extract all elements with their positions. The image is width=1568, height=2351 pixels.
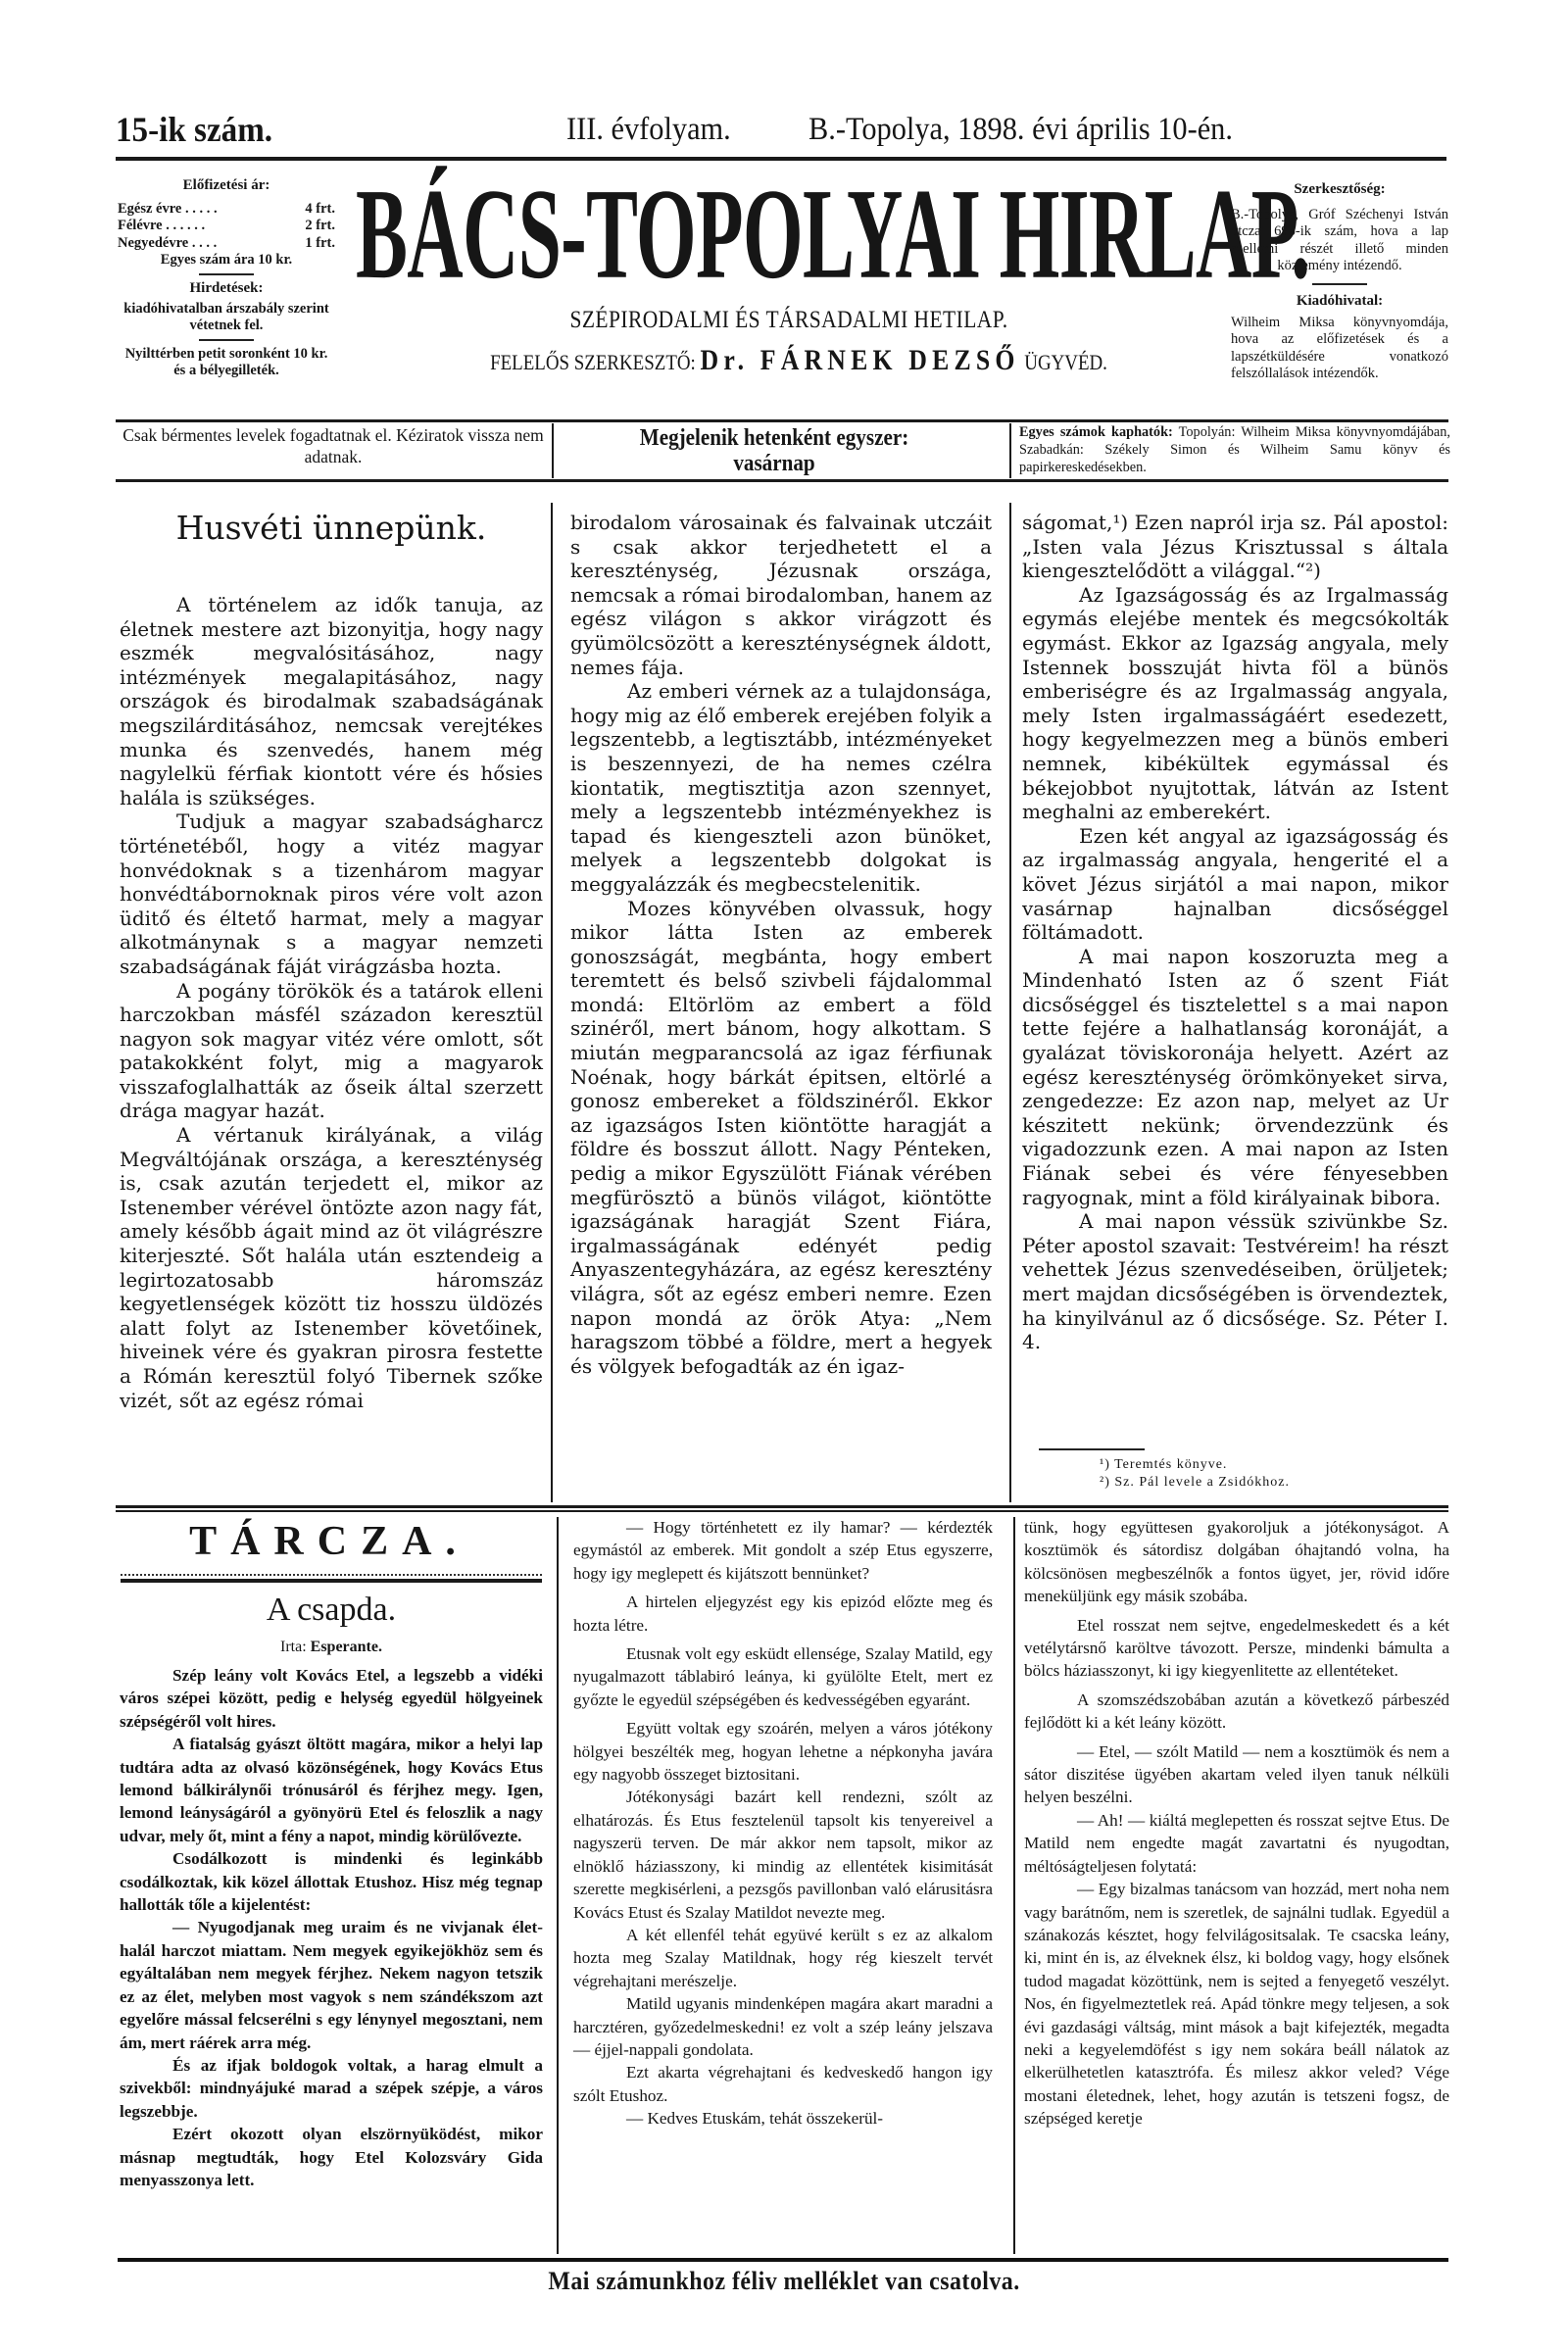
divider — [1312, 283, 1367, 285]
footnotes: ¹) Teremtés könyve. ²) Sz. Pál levele a … — [1039, 1448, 1450, 1492]
article-column-2: birodalom városainak és falvainak utczái… — [570, 511, 992, 1378]
publisher-heading: Kiadóhivatal: — [1231, 293, 1448, 311]
column-divider — [552, 423, 554, 478]
paragraph: A mai napon véssük szivünkbe Sz. Péter a… — [1022, 1209, 1448, 1354]
publisher-text: Wilheim Miksa könyvnyomdája, hova az elő… — [1231, 315, 1448, 383]
editor-line: FELELŐS SZERKESZTŐ: Dr. FÁRNEK DEZSŐ ÜGY… — [449, 344, 1149, 379]
paragraph: birodalom városainak és falvainak utczái… — [570, 511, 992, 679]
masthead-title: BÁCS-TOPOLYAI HIRLAP. — [356, 178, 899, 292]
section-rule — [116, 1505, 1448, 1508]
ads-heading: Hirdetések: — [118, 280, 335, 298]
top-line: 15-ik szám. III. évfolyam. B.-Topolya, 1… — [116, 110, 1446, 153]
paragraph: — Egy bizalmas tanácsom van hozzád, mert… — [1024, 1878, 1449, 2130]
paragraph: Az emberi vérnek az a tulajdonsága, hogy… — [570, 679, 992, 896]
price-row: Egész évre . . . . . 4 frt. — [118, 201, 335, 219]
paragraph: — Ah! — kiáltá meglepetten és rosszat se… — [1024, 1809, 1449, 1878]
article-title: Husvéti ünnepünk. — [120, 507, 543, 550]
editorial-heading: Szerkesztőség: — [1231, 181, 1448, 199]
paragraph: Szép leány volt Kovács Etel, a legszebb … — [120, 1664, 543, 1733]
masthead-subtitle: SZÉPIRODALMI ÉS TÁRSADALMI HETILAP. — [443, 306, 1134, 335]
article-column-1: A történelem az idők tanuja, az életnek … — [120, 593, 543, 1412]
column-divider — [1009, 423, 1011, 478]
supplement-notice: Mai számunkhoz féliv melléklet van csato… — [423, 2267, 1145, 2296]
paragraph: — Hogy történhetett ez ily hamar? — kérd… — [573, 1516, 993, 1585]
paragraph: A mai napon koszoruzta meg a Mindenható … — [1022, 945, 1448, 1210]
paragraph: Matild ugyanis mindenképen magára akart … — [573, 1992, 993, 2061]
price-value: 2 frt. — [305, 218, 335, 235]
paragraph: Etel rosszat nem sejtve, engedelmeskedet… — [1024, 1614, 1449, 1683]
top-rule — [116, 157, 1446, 161]
schedule-line-1: Megjelenik hetenként egyszer: — [580, 425, 968, 451]
nyiltter-text: Nyilttérben petit soronként 10 kr. és a … — [118, 346, 335, 380]
info-row-bottom-rule — [116, 479, 1448, 482]
paragraph: A szomszédszobában azután a következő pá… — [1024, 1689, 1449, 1735]
single-issue-price: Egyes szám ára 10 kr. — [118, 252, 335, 269]
paragraph: Jótékonysági bazárt kell rendezni, szólt… — [573, 1786, 993, 1923]
price-row: Negyedévre . . . . 1 frt. — [118, 235, 335, 253]
editorial-text: B.-Topolya, Gróf Széchenyi István utcza … — [1231, 207, 1448, 275]
price-label: Félévre . . . . . . — [118, 218, 205, 235]
editor-prefix: FELELŐS SZERKESZTŐ: — [490, 350, 696, 374]
column-divider — [551, 503, 553, 1502]
publication-schedule: Megjelenik hetenként egyszer: vasárnap — [580, 425, 968, 476]
paragraph: ságomat,¹) Ezen napról irja sz. Pál apos… — [1022, 511, 1448, 583]
footnote: ²) Sz. Pál levele a Zsidókhoz. — [1039, 1474, 1450, 1492]
volume: III. évfolyam. — [566, 110, 731, 149]
footnote-rule — [1039, 1448, 1145, 1450]
paragraph: És az ifjak boldogok voltak, a harag elm… — [120, 2054, 543, 2123]
paragraph: — Kedves Etuskám, tehát összekerül- — [573, 2107, 993, 2130]
story-byline: Irta: Esperante. — [120, 1638, 543, 1657]
issue-number: 15-ik szám. — [116, 110, 272, 149]
story-column-2: — Hogy történhetett ez ily hamar? — kérd… — [573, 1516, 993, 2131]
paragraph: — Etel, — szólt Matild — nem a kosztümök… — [1024, 1740, 1449, 1809]
section-rule — [116, 1510, 1448, 1512]
subscription-box: Előfizetési ár: Egész évre . . . . . 4 f… — [118, 177, 335, 380]
article-column-3: ságomat,¹) Ezen napról irja sz. Pál apos… — [1022, 511, 1448, 1354]
paragraph: Etusnak volt egy esküdt ellensége, Szala… — [573, 1642, 993, 1711]
paragraph: Az Igazságosság és az Irgalmasság egymás… — [1022, 583, 1448, 824]
column-divider — [1013, 1517, 1015, 2254]
heading-rule — [121, 1579, 542, 1583]
tarcza-heading: TÁRCZA. — [118, 1519, 541, 1564]
editorial-box: Szerkesztőség: B.-Topolya, Gróf Szécheny… — [1231, 181, 1448, 383]
story-title: A csapda. — [120, 1588, 543, 1633]
paragraph: A pogány törökök és a tatárok elleni har… — [120, 979, 543, 1124]
paragraph: Ezt akarta végrehajtani és kedveskedő ha… — [573, 2061, 993, 2107]
dotted-rule — [121, 1574, 542, 1576]
sales-points: Egyes számok kaphatók: Topolyán: Wilheim… — [1019, 423, 1450, 476]
column-divider — [557, 1517, 559, 2254]
price-label: Egész évre . . . . . — [118, 201, 218, 219]
price-row: Félévre . . . . . . 2 frt. — [118, 218, 335, 235]
paragraph: — Nyugodjanak meg uraim és ne vivjanak é… — [120, 1916, 543, 2053]
editor-suffix: ÜGYVÉD. — [1024, 350, 1107, 374]
paragraph: A vértanuk királyának, a világ Megváltój… — [120, 1123, 543, 1412]
info-row-top-rule — [116, 419, 1448, 422]
column-divider — [1009, 503, 1011, 1502]
letters-notice: Csak bérmentes levelek fogadtatnak el. K… — [118, 424, 549, 467]
paragraph: Ezen két angyal az igazságosság és az ir… — [1022, 824, 1448, 945]
date-line: B.-Topolya, 1898. évi április 10-én. — [808, 110, 1233, 149]
schedule-line-2: vasárnap — [580, 451, 968, 476]
paragraph: Mozes könyvében olvassuk, hogy mikor lát… — [570, 897, 992, 1379]
subscription-heading: Előfizetési ár: — [118, 177, 335, 195]
price-value: 1 frt. — [305, 235, 335, 253]
paragraph: Együtt voltak egy szoárén, melyen a váro… — [573, 1717, 993, 1786]
price-label: Negyedévre . . . . — [118, 235, 217, 253]
paragraph: Tudjuk a magyar szabadságharcz történeté… — [120, 809, 543, 978]
paragraph: A két ellenfél tehát együvé került s ez … — [573, 1924, 993, 1992]
footnote: ¹) Teremtés könyve. — [1039, 1456, 1450, 1474]
paragraph: tünk, hogy együttesen gyakoroljuk a jóté… — [1024, 1516, 1449, 1608]
sales-heading: Egyes számok kaphatók: — [1019, 424, 1173, 440]
divider — [199, 339, 254, 341]
paragraph: Csodálkozott is mindenki és leginkább cs… — [120, 1847, 543, 1916]
bottom-rule — [118, 2258, 1448, 2262]
story-column-1: Szép leány volt Kovács Etel, a legszebb … — [120, 1664, 543, 2191]
paragraph: A történelem az idők tanuja, az életnek … — [120, 593, 543, 809]
price-value: 4 frt. — [305, 201, 335, 219]
paragraph: A fiatalság gyászt öltött magára, mikor … — [120, 1733, 543, 1847]
author-prefix: Irta: — [280, 1639, 307, 1655]
ads-text: kiadóhivatalban árszabály szerint vétetn… — [118, 301, 335, 335]
editor-name: Dr. FÁRNEK DEZSŐ — [701, 344, 1020, 376]
story-column-3: tünk, hogy együttesen gyakoroljuk a jóté… — [1024, 1516, 1449, 2131]
paragraph: Ezért okozott olyan elszörnyüködést, mik… — [120, 2123, 543, 2191]
paragraph: A hirtelen eljegyzést egy kis epizód elő… — [573, 1591, 993, 1637]
divider — [199, 273, 254, 275]
author-name: Esperante. — [311, 1639, 382, 1655]
